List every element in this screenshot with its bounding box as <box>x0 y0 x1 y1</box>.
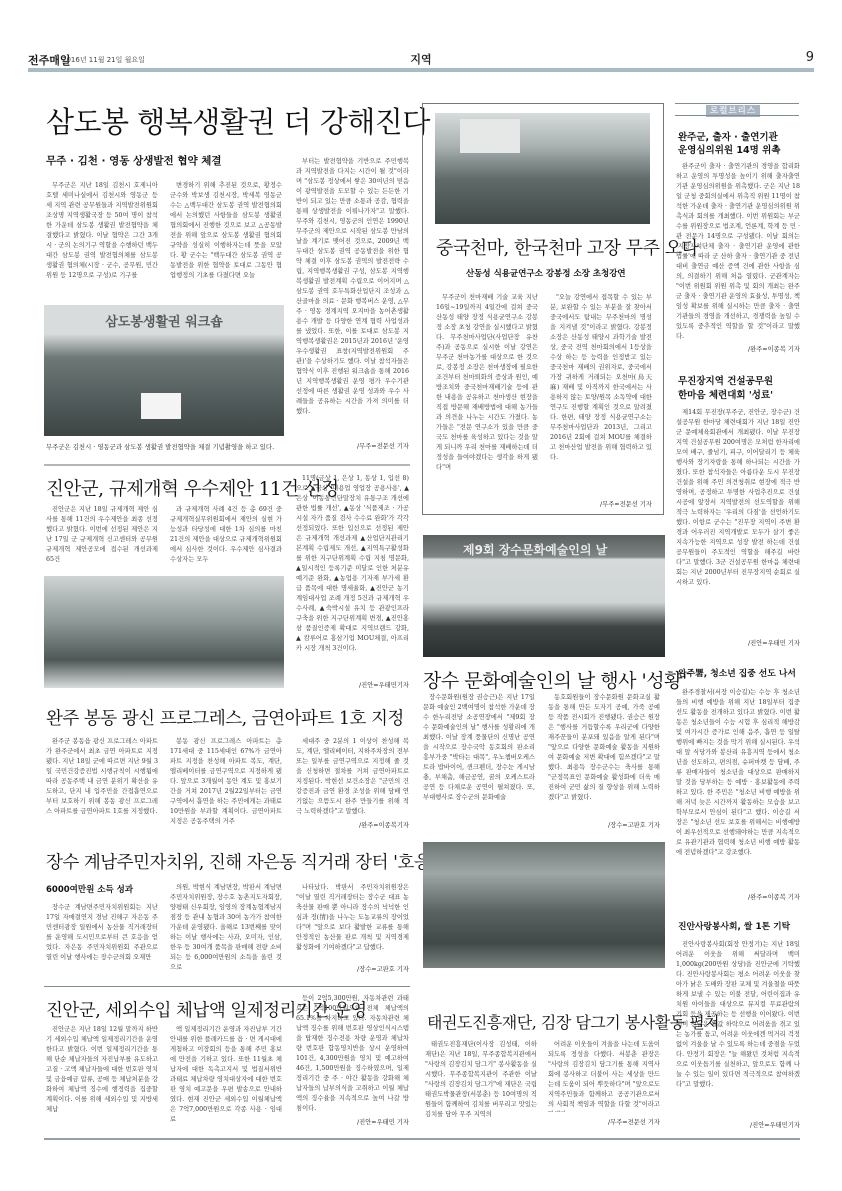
article-body-col1: 완주군 봉동읍 광신 프로그레스 아파트가 완주군에서 최초 금연 아파트로 지… <box>46 737 158 825</box>
headline-jinan-regulation: 진안군, 규제개혁 우수제안 11건 선정 <box>46 475 339 501</box>
article-body-col2: "오늘 강연에서 접목할 수 있는 부분, 보완할 수 있는 부분을 잘 찾아서… <box>550 293 652 493</box>
page-number: 9 <box>806 50 814 65</box>
article-body-col1: 진안군은 지난 18일 규제개혁 제안 심사를 통해 11건의 우수제안을 최종… <box>46 505 158 575</box>
photo-banner-text: 삼도봉생활권 워크숍 <box>44 311 284 330</box>
byline-cheonma: /무주=전문선 기자 <box>550 499 652 508</box>
masthead-rule <box>28 68 814 72</box>
brief-byline: /진안=우태민 기자 <box>676 638 800 647</box>
byline-jangsu-culture: /장수=고판호 기자 <box>548 820 660 829</box>
photo-workshop: 삼도봉생활권 워크숍 <box>44 305 284 436</box>
photo-caption-samdobong: 무주군은 김천시 · 영동군과 삼도봉 생활권 발전협약을 체결 기념촬영을 하… <box>46 442 274 451</box>
brief-body: 완주경찰서(서장 이승길)는 수능 후 청소년들의 비행 예방을 위해 지난 1… <box>676 688 800 892</box>
brief-byline: /완주=이종복 기자 <box>676 344 800 353</box>
brief-byline: /완주=이종복 기자 <box>676 892 800 901</box>
article-divider <box>44 986 410 987</box>
article-body-col1: 태권도진흥재단(이사장 김성태, 이하 재단)은 지난 18일, 무주종합복지관… <box>425 1040 537 1122</box>
page-bottom-rule <box>44 1138 800 1140</box>
subhead-samdobong: 무주 · 김천 · 영동 상생발전 협약 체결 <box>46 153 222 168</box>
article-body-col2: 어려운 이웃들이 겨울을 나는데 도움이 되도록 정성을 다했다. 서봉춘 관장… <box>548 1040 660 1112</box>
photo-concert: 제9회 장수문화예술인의 날 <box>423 535 665 657</box>
article-body-col3: 세대주 중 2분의 1 이상이 찬성해 복도, 계단, 엘리베이터, 지하주차장… <box>296 737 409 817</box>
headline-taekwondo-kimchi: 태권도진흥재단, 김장 담그기 봉사활동 펼쳐 <box>427 1010 719 1033</box>
subhead-gyenam-market: 6000여만원 소득 성과 <box>46 883 133 895</box>
headline-samdobong: 삼도봉 행복생활권 더 강해진다 <box>46 100 430 141</box>
brief-headline: 무진장지역 건설공무원 <box>678 373 773 387</box>
article-body-col1: 장수군 계남면주민자치위원회는 지난 17일 자매결연지 경남 진해구 자은동 … <box>46 903 158 975</box>
article-body-col2: 과 규제개혁 사례 4건 등 총 69건 중 규제개혁실무위원회에서 제안의 실… <box>170 505 282 575</box>
photo-banner-text: 제9회 장수문화예술인의 날 <box>463 541 607 558</box>
brief-byline: /진안=우태민기자 <box>676 1120 800 1129</box>
brief-headline: 완주署, 청소년 집중 선도 나서 <box>678 666 796 679</box>
subhead-cheonma: 산동성 식용균연구소 강봉정 소장 초청강연 <box>466 267 626 279</box>
headline-wanju-apartment: 완주 봉동 광신 프로그레스, 금연아파트 1호 지정 <box>46 705 404 730</box>
headline-jangsu-culture: 장수 문화예술인의 날 행사 '성황' <box>423 666 687 693</box>
article-body-col2: 동호회원들이 장수문화원 문화교실 활동을 통해 만든 도자기 공예, 가죽 공… <box>548 693 660 817</box>
brief-headline: 완주군, 출자 · 출연기관 <box>678 129 778 143</box>
projection-screen <box>460 119 520 153</box>
byline-wanju-apartment: /완주=이종복기자 <box>296 820 409 829</box>
photo-meeting <box>44 576 284 688</box>
brief-body: 완주군이 출자 · 출연기관의 경영을 합리화하고 운영의 투명성을 높이기 위… <box>676 162 800 344</box>
article-body-col2: 액 일제정리기간 운영과 자진납부 기간 안내를 위한 플래카드를 읍 · 면 … <box>170 1025 282 1125</box>
article-body-col3: 11명(금상 1, 은상 1, 동상 1, 입선 8)으로 ▲금상 '미용업 영… <box>296 474 409 680</box>
brief-headline: 운영심의위원 14명 위촉 <box>678 142 780 156</box>
article-divider <box>44 464 410 466</box>
article-body-col2: 변경하기 위해 추진된 것으로, 황정수 군수와 박보생 김천시장, 박세복 영… <box>170 181 282 301</box>
photo-lecture <box>435 113 650 224</box>
byline-jinan-tax: /진안=우태민 기자 <box>296 1117 409 1126</box>
agreement-document <box>141 393 181 419</box>
section-title: 지역 <box>0 51 842 67</box>
headline-gyenam-market: 장수 계남주민자치위, 진해 자은동 직거래 장터 '호응' <box>46 849 435 874</box>
article-body-col2: 봉동 광신 프로그레스 아파트는 총 171세대 중 115세대인 67%가 금… <box>170 737 282 825</box>
article-body-col2: 의원, 박현식 계남면장, 박판서 계남면 주민자치위원장, 장수호 농촌지도자… <box>170 883 282 975</box>
article-body-col1: 장수문화원(원장 권승근)은 지난 17일 문화 예술인 2백여명이 참석한 가… <box>423 693 535 835</box>
article-body-col3: 나타났다. 박판서 주민자치위원장은 "이날 열린 직거래장터는 장수군 대표 … <box>296 883 409 963</box>
photo-kimchi-volunteer <box>423 842 665 968</box>
article-body-col3: 부터는 발전협약을 기반으로 주민행복과 지역발전을 다지는 시간이 될 것"이… <box>296 157 409 447</box>
headline-cheonma: 중국천마, 한국천마 고장 무주 오다 <box>436 234 699 260</box>
byline-samdobong: /무주=전문선 기자 <box>296 441 409 450</box>
sidebar-bottom-rule <box>675 115 799 116</box>
article-body-col3: 등이 2억5,300만원, 자동차관련 과태료는 5억100만원으로 전체 체납… <box>296 994 409 1124</box>
article-body-col1: 무주군은 지난 18일 김천시 호제니아 호텔 세미나실에서 김천시와 영동군 … <box>46 181 158 301</box>
brief-headline: 한마음 체련대회 '성료' <box>678 387 773 401</box>
brief-headline: 진안사랑봉사회, 쌀 1톤 기탁 <box>678 919 790 932</box>
byline-taekwondo-kimchi: /무주=전문선 기자 <box>548 1117 660 1126</box>
byline-jinan-regulation: /진안=우태민기자 <box>296 680 409 689</box>
byline-gyenam-market: /장수=고판호 기자 <box>296 964 409 973</box>
brief-body: 제14회 무진장(무주군, 진안군, 장수군) 건설공무원 한마당 체련대회가 … <box>676 408 800 634</box>
article-body-col1: 무주군이 천마재배 기술 교육 지난 16일~19일까지 4일간에 걸쳐 중국 … <box>436 293 538 505</box>
article-body-col1: 진안군은 지난 18일 12월 말까지 하반기 세외수입 체납액 일제정리기간을… <box>46 1025 158 1125</box>
